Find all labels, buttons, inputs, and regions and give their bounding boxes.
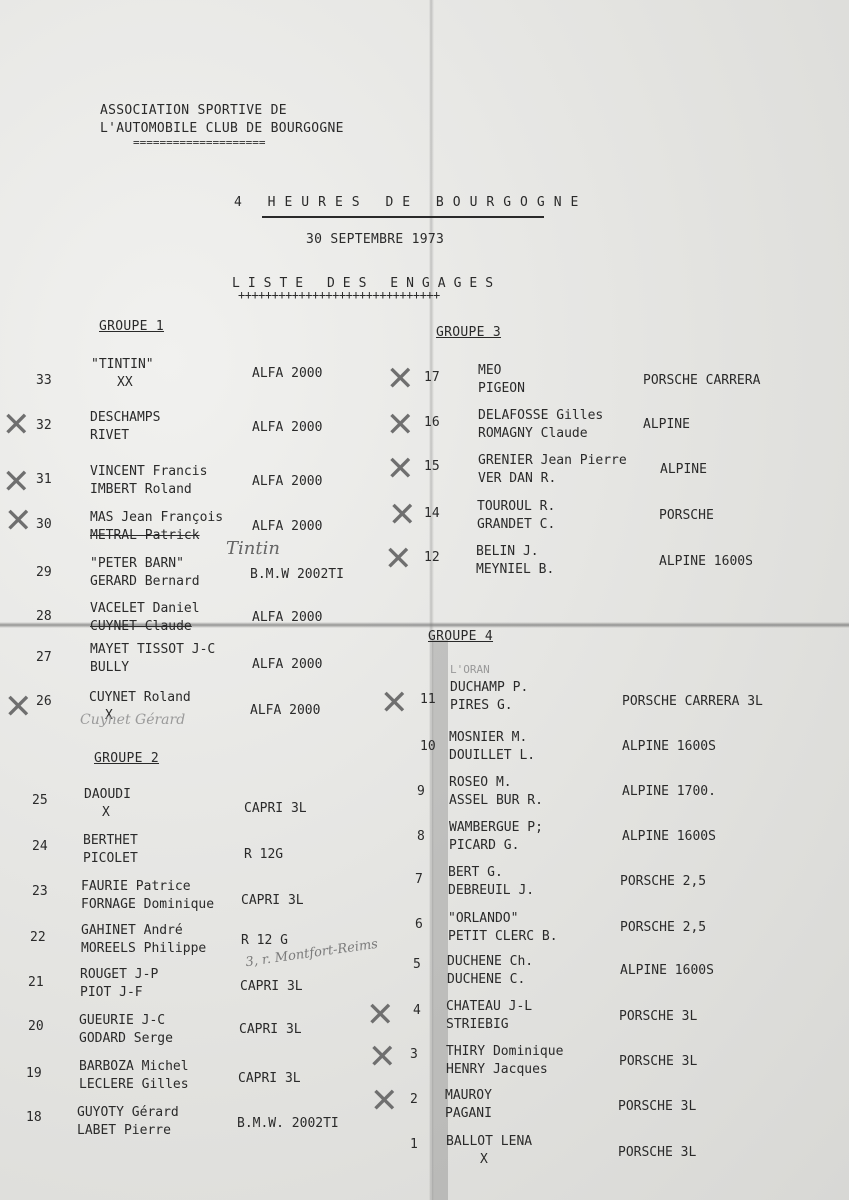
cross-mark-icon: ✕ [380,686,409,720]
driver-2: DEBREUIL J. [448,882,534,900]
org-line-1: ASSOCIATION SPORTIVE DE [100,102,287,119]
event-title: 4 HEURES DE BOURGOGNE [234,194,587,211]
cross-mark-icon: ✕ [366,998,395,1032]
entry-number: 9 [417,784,425,799]
entry-car: PORSCHE CARRERA 3L [622,694,763,709]
entry-number: 8 [417,829,425,844]
driver-2: PAGANI [445,1105,492,1123]
cross-mark-icon: ✕ [370,1084,399,1118]
entry-drivers: WAMBERGUE P;PICARD G. [449,819,543,855]
driver-2: PICARD G. [449,837,543,855]
entry-drivers: MOSNIER M.DOUILLET L. [449,729,535,765]
driver-2: MEYNIEL B. [476,561,554,579]
driver-1: GUEURIE J-C [79,1012,173,1030]
entry-car: B.M.W. 2002TI [237,1116,339,1131]
entry-number: 19 [26,1066,42,1081]
driver-1: "ORLANDO" [448,910,558,928]
entry-car: CAPRI 3L [239,1022,302,1037]
entry-number: 3 [410,1047,418,1062]
entry-drivers: "TINTIN"XX [91,356,154,392]
driver-1: DELAFOSSE Gilles [478,407,603,425]
entry-drivers: THIRY DominiqueHENRY Jacques [446,1043,563,1079]
driver-2: MOREELS Philippe [81,940,206,958]
driver-1: CHATEAU J-L [446,998,532,1016]
event-date: 30 SEPTEMBRE 1973 [306,231,444,248]
entry-number: 31 [36,472,52,487]
driver-2: VER DAN R. [478,470,627,488]
driver-1: TOUROUL R. [477,498,555,516]
entry-drivers: GAHINET AndréMOREELS Philippe [81,922,206,958]
group-2-label: GROUPE 2 [94,750,159,767]
driver-2: LABET Pierre [77,1122,179,1140]
driver-2: X [446,1151,532,1169]
entry-number: 24 [32,839,48,854]
entry-drivers: "ORLANDO"PETIT CLERC B. [448,910,558,946]
driver-2: HENRY Jacques [446,1061,563,1079]
org-underline: ==================== [133,136,265,149]
driver-2: RIVET [90,427,160,445]
entry-car: ALFA 2000 [252,610,322,625]
entry-car: ALPINE 1600S [622,829,716,844]
driver-1: FAURIE Patrice [81,878,214,896]
entry-car: PORSCHE [659,508,714,523]
driver-1: ROUGET J-P [80,966,158,984]
org-line-2: L'AUTOMOBILE CLUB DE BOURGOGNE [100,120,344,137]
list-underline: ++++++++++++++++++++++++++++++ [238,288,440,302]
entry-car: ALPINE [643,417,690,432]
driver-2: BULLY [90,659,215,677]
driver-2: FORNAGE Dominique [81,896,214,914]
entry-drivers: GUYOTY GérardLABET Pierre [77,1104,179,1140]
entry-car: ALFA 2000 [252,366,322,381]
entry-drivers: DAOUDIX [84,786,131,822]
driver-2: GRANDET C. [477,516,555,534]
entry-car: PORSCHE 2,5 [620,920,706,935]
group-3-label: GROUPE 3 [436,324,501,341]
entry-number: 1 [410,1137,418,1152]
entry-car: ALPINE [660,462,707,477]
entry-number: 6 [415,917,423,932]
driver-1: DUCHAMP P. [450,679,528,697]
entry-drivers: MAYET TISSOT J-CBULLY [90,641,215,677]
driver-2: METRAL Patrick [90,527,223,545]
entry-drivers: "PETER BARN"GERARD Bernard [90,555,200,591]
entry-drivers: BARBOZA MichelLECLERE Gilles [79,1058,189,1094]
cross-mark-icon: ✕ [388,498,417,532]
driver-2: XX [91,374,154,392]
cross-mark-icon: ✕ [4,504,33,538]
entry-drivers: BALLOT LENAX [446,1133,532,1169]
driver-2: PIGEON [478,380,525,398]
entry-number: 14 [424,506,440,521]
entry-drivers: VINCENT FrancisIMBERT Roland [90,463,207,499]
entry-drivers: FAURIE PatriceFORNAGE Dominique [81,878,214,914]
driver-2: PETIT CLERC B. [448,928,558,946]
driver-1: BELIN J. [476,543,554,561]
entry-drivers: MAUROYPAGANI [445,1087,492,1123]
cross-mark-icon: ✕ [4,690,33,724]
entry-car: ALPINE 1600S [620,963,714,978]
entry-car: R 12 G [241,933,288,948]
cross-mark-icon: ✕ [2,465,31,499]
driver-1: MEO [478,362,525,380]
entry-number: 11 [420,692,436,707]
entry-car: PORSCHE 3L [618,1099,696,1114]
driver-1: BERT G. [448,864,534,882]
entry-number: 26 [36,694,52,709]
entry-drivers: BERTHETPICOLET [83,832,138,868]
driver-1: ROSEO M. [449,774,543,792]
driver-2: CUYNET Claude [90,618,200,636]
entry-car: ALFA 2000 [250,703,320,718]
entry-number: 7 [415,872,423,887]
driver-1: MAS Jean François [90,509,223,527]
driver-2: LECLERE Gilles [79,1076,189,1094]
entry-car: ALFA 2000 [252,519,322,534]
entry-number: 28 [36,609,52,624]
driver-1: GUYOTY Gérard [77,1104,179,1122]
cross-mark-icon: ✕ [368,1040,397,1074]
entry-number: 2 [410,1092,418,1107]
driver-1: BERTHET [83,832,138,850]
entry-drivers: MEOPIGEON [478,362,525,398]
entry-number: 27 [36,650,52,665]
entry-drivers: ROUGET J-PPIOT J-F [80,966,158,1002]
driver-1: "PETER BARN" [90,555,200,573]
driver-0: L'ORAN [450,661,528,679]
driver-2: ASSEL BUR R. [449,792,543,810]
entry-number: 22 [30,930,46,945]
entry-drivers: BELIN J.MEYNIEL B. [476,543,554,579]
entry-drivers: GRENIER Jean PierreVER DAN R. [478,452,627,488]
driver-1: MAYET TISSOT J-C [90,641,215,659]
entry-drivers: BERT G.DEBREUIL J. [448,864,534,900]
driver-2: GERARD Bernard [90,573,200,591]
driver-2: DUCHENE C. [447,971,533,989]
driver-1: MOSNIER M. [449,729,535,747]
entry-car: R 12G [244,847,283,862]
entry-number: 16 [424,415,440,430]
entry-number: 32 [36,418,52,433]
driver-2: GODARD Serge [79,1030,173,1048]
entry-number: 30 [36,517,52,532]
entry-drivers: DELAFOSSE GillesROMAGNY Claude [478,407,603,443]
driver-2: X [84,804,131,822]
entry-car: CAPRI 3L [241,893,304,908]
entry-car: ALPINE 1600S [659,554,753,569]
entry-drivers: DESCHAMPSRIVET [90,409,160,445]
driver-2: PIRES G. [450,697,528,715]
entry-drivers: L'ORANDUCHAMP P.PIRES G. [450,661,528,715]
driver-1: "TINTIN" [91,356,154,374]
entry-number: 10 [420,739,436,754]
driver-1: GAHINET André [81,922,206,940]
entry-car: PORSCHE 2,5 [620,874,706,889]
driver-2: STRIEBIG [446,1016,532,1034]
entry-number: 17 [424,370,440,385]
entry-number: 4 [413,1003,421,1018]
driver-2: PIOT J-F [80,984,158,1002]
entry-number: 20 [28,1019,44,1034]
entry-number: 25 [32,793,48,808]
entry-car: ALFA 2000 [252,657,322,672]
cross-mark-icon: ✕ [384,542,413,576]
entry-car: B.M.W 2002TI [250,567,344,582]
entry-number: 29 [36,565,52,580]
driver-1: CUYNET Roland [89,689,191,707]
driver-1: GRENIER Jean Pierre [478,452,627,470]
driver-1: DAOUDI [84,786,131,804]
entry-number: 5 [413,957,421,972]
driver-1: BARBOZA Michel [79,1058,189,1076]
handwritten-tintin: Tintin [226,538,280,559]
entry-number: 21 [28,975,44,990]
entry-car: ALPINE 1600S [622,739,716,754]
driver-1: MAUROY [445,1087,492,1105]
entry-drivers: CHATEAU J-LSTRIEBIG [446,998,532,1034]
driver-1: VACELET Daniel [90,600,200,618]
group-1-label: GROUPE 1 [99,318,164,335]
cross-mark-icon: ✕ [2,408,31,442]
driver-2: IMBERT Roland [90,481,207,499]
driver-1: BALLOT LENA [446,1133,532,1151]
driver-1: WAMBERGUE P; [449,819,543,837]
driver-1: THIRY Dominique [446,1043,563,1061]
driver-1: DUCHENE Ch. [447,953,533,971]
entry-drivers: GUEURIE J-CGODARD Serge [79,1012,173,1048]
entry-drivers: ROSEO M.ASSEL BUR R. [449,774,543,810]
entry-car: ALFA 2000 [252,474,322,489]
entry-drivers: VACELET DanielCUYNET Claude [90,600,200,636]
entry-drivers: TOUROUL R.GRANDET C. [477,498,555,534]
handwritten-cuynet: Cuynet Gérard [80,712,185,728]
entry-car: ALPINE 1700. [622,784,716,799]
entry-drivers: DUCHENE Ch.DUCHENE C. [447,953,533,989]
cross-mark-icon: ✕ [386,408,415,442]
entry-number: 23 [32,884,48,899]
entry-car: ALFA 2000 [252,420,322,435]
entry-number: 33 [36,373,52,388]
event-title-rule [262,216,544,218]
entry-car: PORSCHE 3L [618,1145,696,1160]
entry-car: PORSCHE CARRERA [643,373,760,388]
driver-1: DESCHAMPS [90,409,160,427]
entry-number: 12 [424,550,440,565]
entry-car: PORSCHE 3L [619,1054,697,1069]
entry-car: CAPRI 3L [240,979,303,994]
group-4-label: GROUPE 4 [428,628,493,645]
entry-number: 18 [26,1110,42,1125]
entry-drivers: MAS Jean FrançoisMETRAL Patrick [90,509,223,545]
driver-2: ROMAGNY Claude [478,425,603,443]
cross-mark-icon: ✕ [386,452,415,486]
driver-2: PICOLET [83,850,138,868]
driver-1: VINCENT Francis [90,463,207,481]
entry-car: CAPRI 3L [244,801,307,816]
entry-car: PORSCHE 3L [619,1009,697,1024]
entry-number: 15 [424,459,440,474]
driver-2: DOUILLET L. [449,747,535,765]
entry-car: CAPRI 3L [238,1071,301,1086]
cross-mark-icon: ✕ [386,362,415,396]
